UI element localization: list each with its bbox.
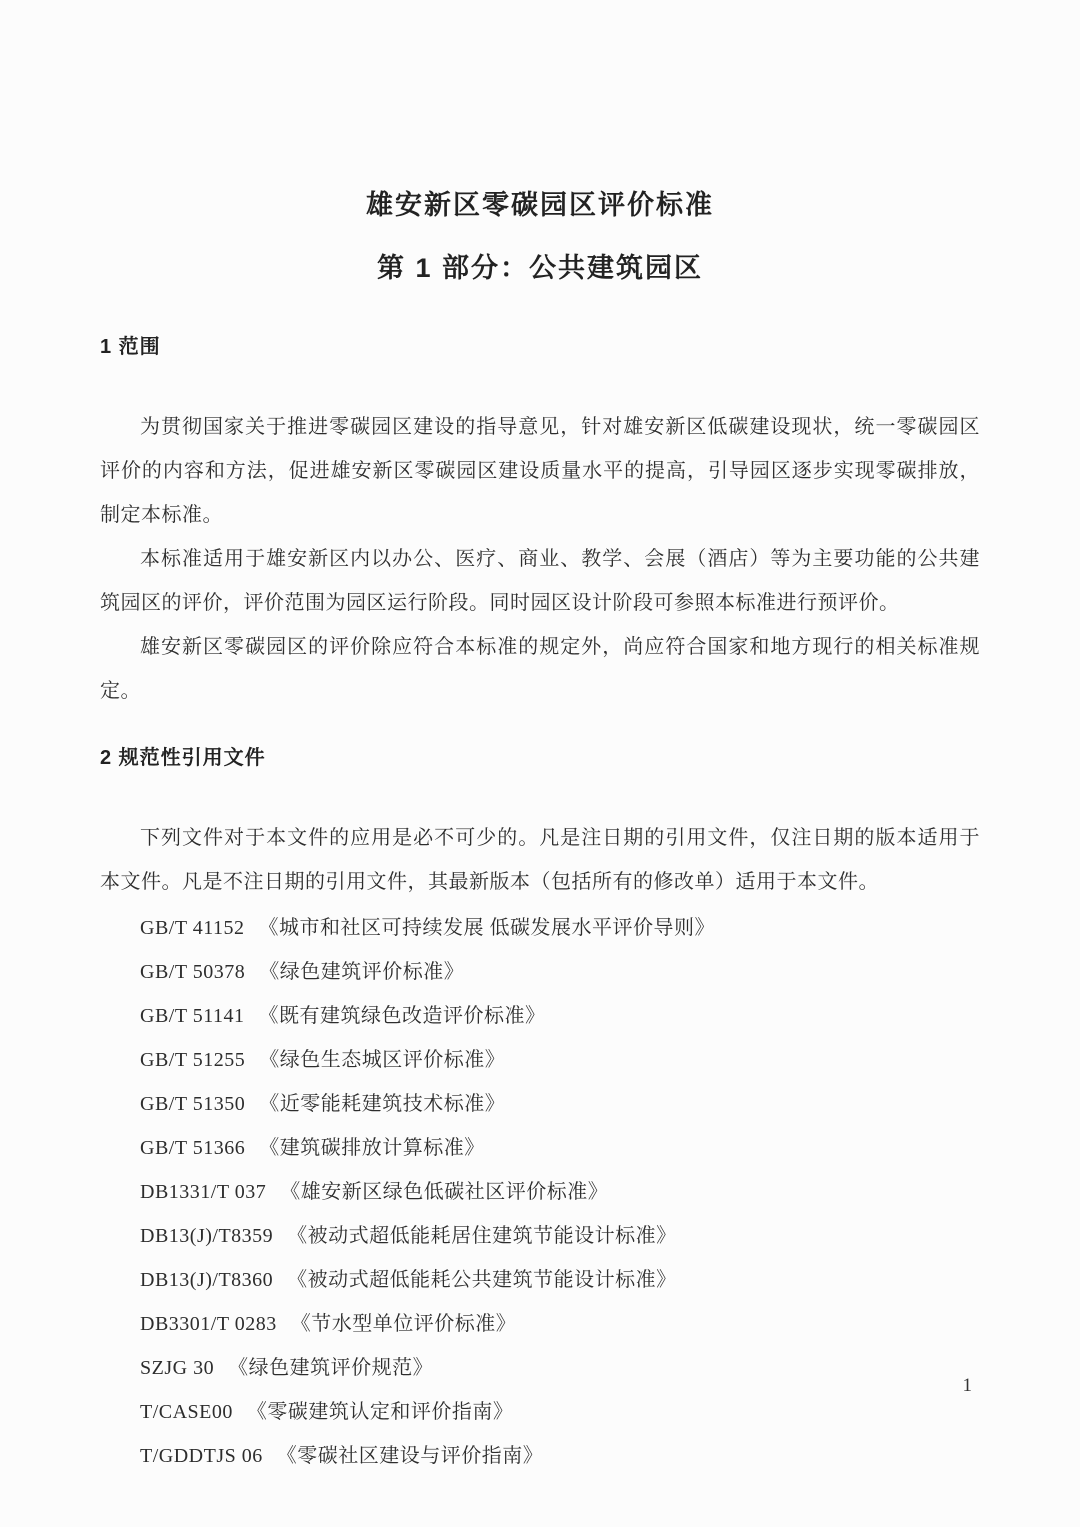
reference-title: 《建筑碳排放计算标准》: [259, 1137, 485, 1159]
reference-title: 《绿色生态城区评价标准》: [259, 1049, 505, 1071]
reference-title: 《绿色建筑评价规范》: [228, 1357, 433, 1379]
references-intro-paragraph: 下列文件对于本文件的应用是必不可少的。凡是注日期的引用文件，仅注日期的版本适用于…: [100, 816, 980, 904]
reference-item: T/GDDTJS 06《零碳社区建设与评价指南》: [140, 1434, 980, 1478]
reference-title: 《零碳建筑认定和评价指南》: [247, 1401, 514, 1423]
reference-code: T/GDDTJS 06: [140, 1445, 263, 1467]
reference-code: GB/T 41152: [140, 917, 244, 939]
reference-code: DB13(J)/T8359: [140, 1225, 273, 1247]
reference-item: GB/T 51255《绿色生态城区评价标准》: [140, 1038, 980, 1082]
scope-paragraph-2: 本标准适用于雄安新区内以办公、医疗、商业、教学、会展（酒店）等为主要功能的公共建…: [100, 537, 980, 625]
reference-item: GB/T 51350《近零能耗建筑技术标准》: [140, 1082, 980, 1126]
section-heading-normative-references: 2 规范性引用文件: [100, 746, 980, 770]
reference-code: DB13(J)/T8360: [140, 1269, 273, 1291]
reference-title: 《近零能耗建筑技术标准》: [259, 1093, 505, 1115]
reference-item: DB3301/T 0283《节水型单位评价标准》: [140, 1302, 980, 1346]
reference-item: SZJG 30《绿色建筑评价规范》: [140, 1346, 980, 1390]
reference-item: DB1331/T 037《雄安新区绿色低碳社区评价标准》: [140, 1170, 980, 1214]
reference-code: GB/T 51255: [140, 1049, 245, 1071]
document-page: 雄安新区零碳园区评价标准 第 1 部分：公共建筑园区 1 范围 为贯彻国家关于推…: [0, 0, 1080, 1527]
reference-item: GB/T 51141《既有建筑绿色改造评价标准》: [140, 994, 980, 1038]
section-heading-scope: 1 范围: [100, 335, 980, 359]
reference-code: DB3301/T 0283: [140, 1313, 277, 1335]
reference-code: GB/T 51366: [140, 1137, 245, 1159]
reference-item: T/CASE00《零碳建筑认定和评价指南》: [140, 1390, 980, 1434]
doc-title-line2: 第 1 部分：公共建筑园区: [100, 253, 980, 283]
reference-title: 《既有建筑绿色改造评价标准》: [258, 1005, 545, 1027]
reference-title: 《城市和社区可持续发展 低碳发展水平评价导则》: [258, 917, 715, 939]
reference-title: 《节水型单位评价标准》: [291, 1313, 517, 1335]
reference-code: GB/T 50378: [140, 961, 245, 983]
doc-title-line1: 雄安新区零碳园区评价标准: [100, 190, 980, 220]
page-number: 1: [963, 1375, 973, 1397]
reference-list: GB/T 41152《城市和社区可持续发展 低碳发展水平评价导则》 GB/T 5…: [140, 906, 980, 1478]
reference-code: GB/T 51141: [140, 1005, 244, 1027]
reference-title: 《零碳社区建设与评价指南》: [277, 1445, 544, 1467]
reference-code: DB1331/T 037: [140, 1181, 266, 1203]
reference-item: DB13(J)/T8359《被动式超低能耗居住建筑节能设计标准》: [140, 1214, 980, 1258]
reference-code: T/CASE00: [140, 1401, 233, 1423]
reference-title: 《绿色建筑评价标准》: [259, 961, 464, 983]
scope-paragraph-3: 雄安新区零碳园区的评价除应符合本标准的规定外，尚应符合国家和地方现行的相关标准规…: [100, 625, 980, 713]
reference-code: SZJG 30: [140, 1357, 214, 1379]
scope-paragraph-1: 为贯彻国家关于推进零碳园区建设的指导意见，针对雄安新区低碳建设现状，统一零碳园区…: [100, 405, 980, 537]
reference-item: DB13(J)/T8360《被动式超低能耗公共建筑节能设计标准》: [140, 1258, 980, 1302]
reference-title: 《雄安新区绿色低碳社区评价标准》: [280, 1181, 608, 1203]
reference-title: 《被动式超低能耗公共建筑节能设计标准》: [287, 1269, 677, 1291]
reference-title: 《被动式超低能耗居住建筑节能设计标准》: [287, 1225, 677, 1247]
reference-item: GB/T 41152《城市和社区可持续发展 低碳发展水平评价导则》: [140, 906, 980, 950]
reference-item: GB/T 51366《建筑碳排放计算标准》: [140, 1126, 980, 1170]
reference-item: GB/T 50378《绿色建筑评价标准》: [140, 950, 980, 994]
reference-code: GB/T 51350: [140, 1093, 245, 1115]
